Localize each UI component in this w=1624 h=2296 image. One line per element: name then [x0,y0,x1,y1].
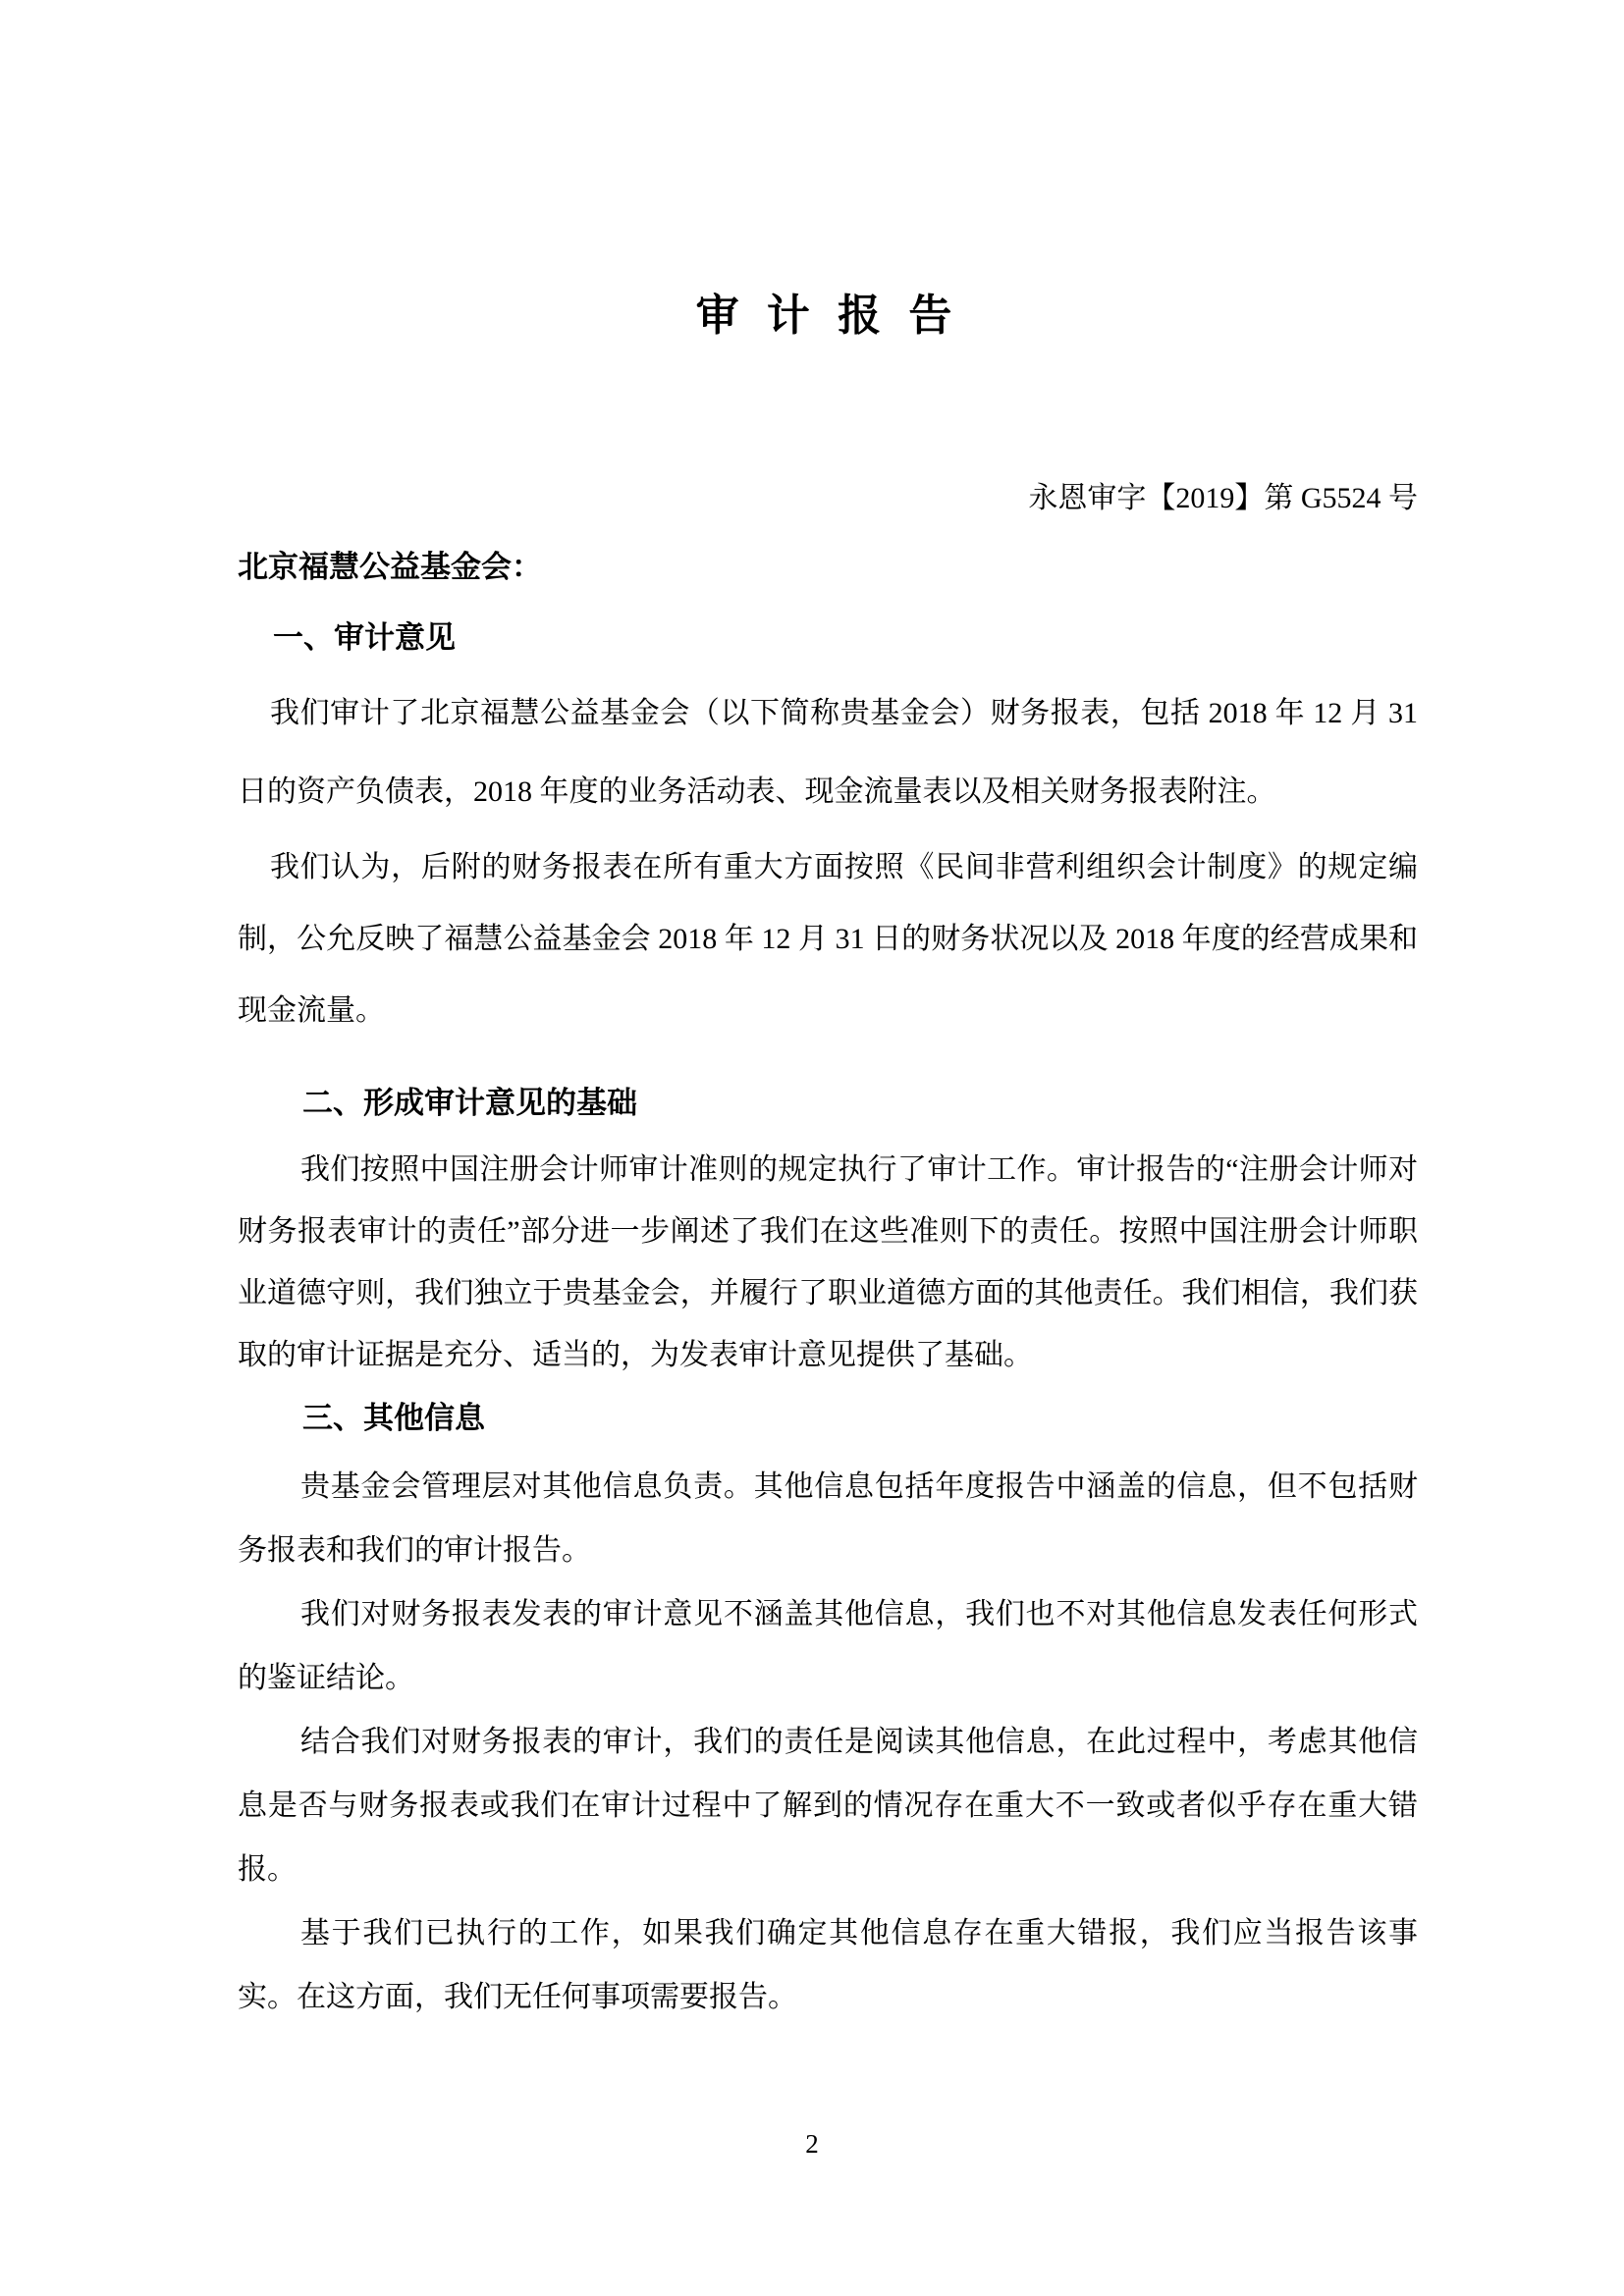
addressee-line: 北京福慧公益基金会： [238,547,1418,588]
page-content: 审 计 报 告 永恩审字【2019】第 G5524 号 北京福慧公益基金会： 一… [238,0,1418,2029]
section-2-paragraph-1: 我们按照中国注册会计师审计准则的规定执行了审计工作。审计报告的“注册会计师对财务… [238,1139,1418,1386]
section-3-paragraph-2: 我们对财务报表发表的审计意见不涵盖其他信息，我们也不对其他信息发表任何形式的鉴证… [238,1582,1418,1710]
report-title: 审 计 报 告 [238,287,1418,346]
section-3-heading: 三、其他信息 [238,1398,1418,1439]
audit-report-page: 审 计 报 告 永恩审字【2019】第 G5524 号 北京福慧公益基金会： 一… [0,0,1624,2296]
section-3-paragraph-1: 贵基金会管理层对其他信息负责。其他信息包括年度报告中涵盖的信息，但不包括财务报表… [238,1455,1418,1582]
section-1-paragraph-2: 我们认为，后附的财务报表在所有重大方面按照《民间非营利组织会计制度》的规定编制，… [238,831,1418,1046]
section-1-paragraph-1: 我们审计了北京福慧公益基金会（以下简称贵基金会）财务报表，包括 2018 年 1… [238,674,1418,831]
section-2-heading: 二、形成审计意见的基础 [238,1083,1418,1124]
document-number: 永恩审字【2019】第 G5524 号 [238,478,1418,519]
section-1-heading: 一、审计意见 [238,617,1418,659]
page-number: 2 [0,2128,1624,2160]
section-3-paragraph-3: 结合我们对财务报表的审计，我们的责任是阅读其他信息，在此过程中，考虑其他信息是否… [238,1710,1418,1901]
section-3-paragraph-4: 基于我们已执行的工作，如果我们确定其他信息存在重大错报，我们应当报告该事实。在这… [238,1901,1418,2029]
